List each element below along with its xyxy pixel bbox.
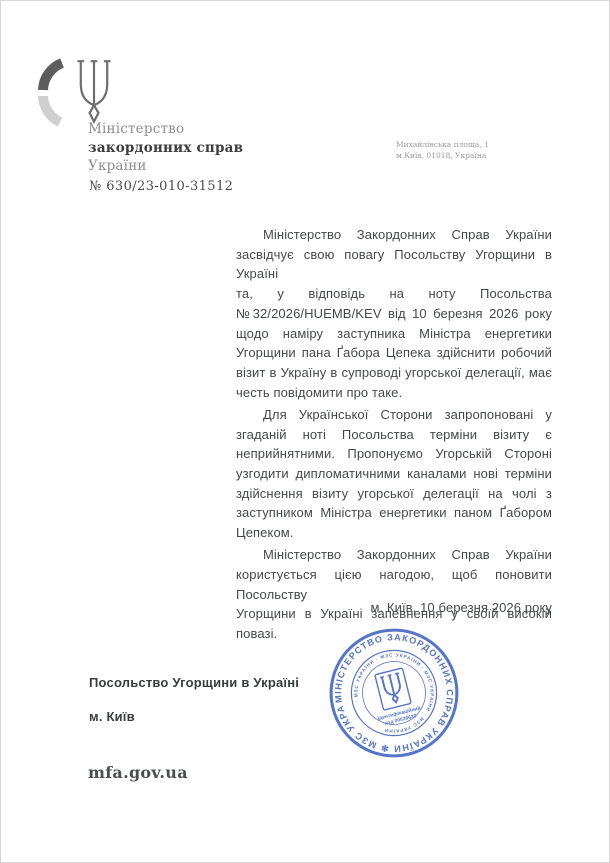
addressee-name: Посольство Угорщини в Україні — [89, 675, 299, 690]
mfa-logo-arc-icon — [38, 57, 70, 129]
body-line: засвідчує свою повагу Посольству Угорщин… — [236, 245, 552, 284]
body-line: здійснення візиту угорської делегації на… — [236, 484, 552, 504]
body-line: згаданій ноті Посольства терміни візиту … — [236, 425, 552, 445]
body-line: Угорщини пана Ґабора Цепека здійснити ро… — [236, 343, 552, 363]
body-line: заступником Міністра енергетики паном Ґа… — [236, 503, 552, 523]
body-line: та, у відповідь на ноту Посольства — [236, 284, 552, 304]
postal-address-line2: м.Київ, 01018, Україна — [396, 150, 489, 161]
website-text: mfa.gov.ua — [88, 763, 188, 782]
paragraph: Міністерство Закордонних Справ Україниза… — [236, 225, 552, 402]
ministry-name: Міністерство закордонних справ України — [88, 120, 243, 176]
body-line: користується цією нагодою, щоб поновити … — [236, 565, 552, 604]
body-line: Міністерство Закордонних Справ України — [236, 225, 552, 245]
body-line: візит в Україну в супроводі угорської де… — [236, 363, 552, 383]
body-line: узгодити дипломатичними каналами нові те… — [236, 464, 552, 484]
addressee-city: м. Київ — [89, 709, 135, 724]
body-line: щодо наміру заступника Міністра енергети… — [236, 324, 552, 344]
ministry-name-line3: України — [88, 157, 243, 176]
reference-number: № 630/23-010-31512 — [89, 179, 233, 194]
body-line: честь повідомити про таке. — [236, 383, 552, 403]
note-body: Міністерство Закордонних Справ Україниза… — [236, 225, 552, 646]
postal-address: Михайлівська площа, 1 м.Київ, 01018, Укр… — [396, 139, 489, 161]
body-line: неприйнятними. Пропонуємо Угорській Стор… — [236, 444, 552, 464]
body-line: №32/2026/HUEMB/KEV від 10 березня 2026 р… — [236, 304, 552, 324]
ministry-name-line2: закордонних справ — [88, 139, 243, 158]
postal-address-line1: Михайлівська площа, 1 — [396, 139, 489, 150]
trident-icon — [75, 59, 113, 125]
body-line: Для Української Сторони запропоновані у — [236, 405, 552, 425]
body-line: Міністерство Закордонних Справ України — [236, 545, 552, 565]
stamp-trident-icon — [375, 668, 411, 710]
paragraph: Для Української Сторони запропоновані уз… — [236, 405, 552, 543]
document-page: Міністерство закордонних справ України №… — [0, 0, 610, 863]
dateline: м. Київ, 10 березня 2026 року — [236, 600, 552, 615]
body-line: Цепеком. — [236, 523, 552, 543]
ministry-name-line1: Міністерство — [88, 120, 243, 139]
